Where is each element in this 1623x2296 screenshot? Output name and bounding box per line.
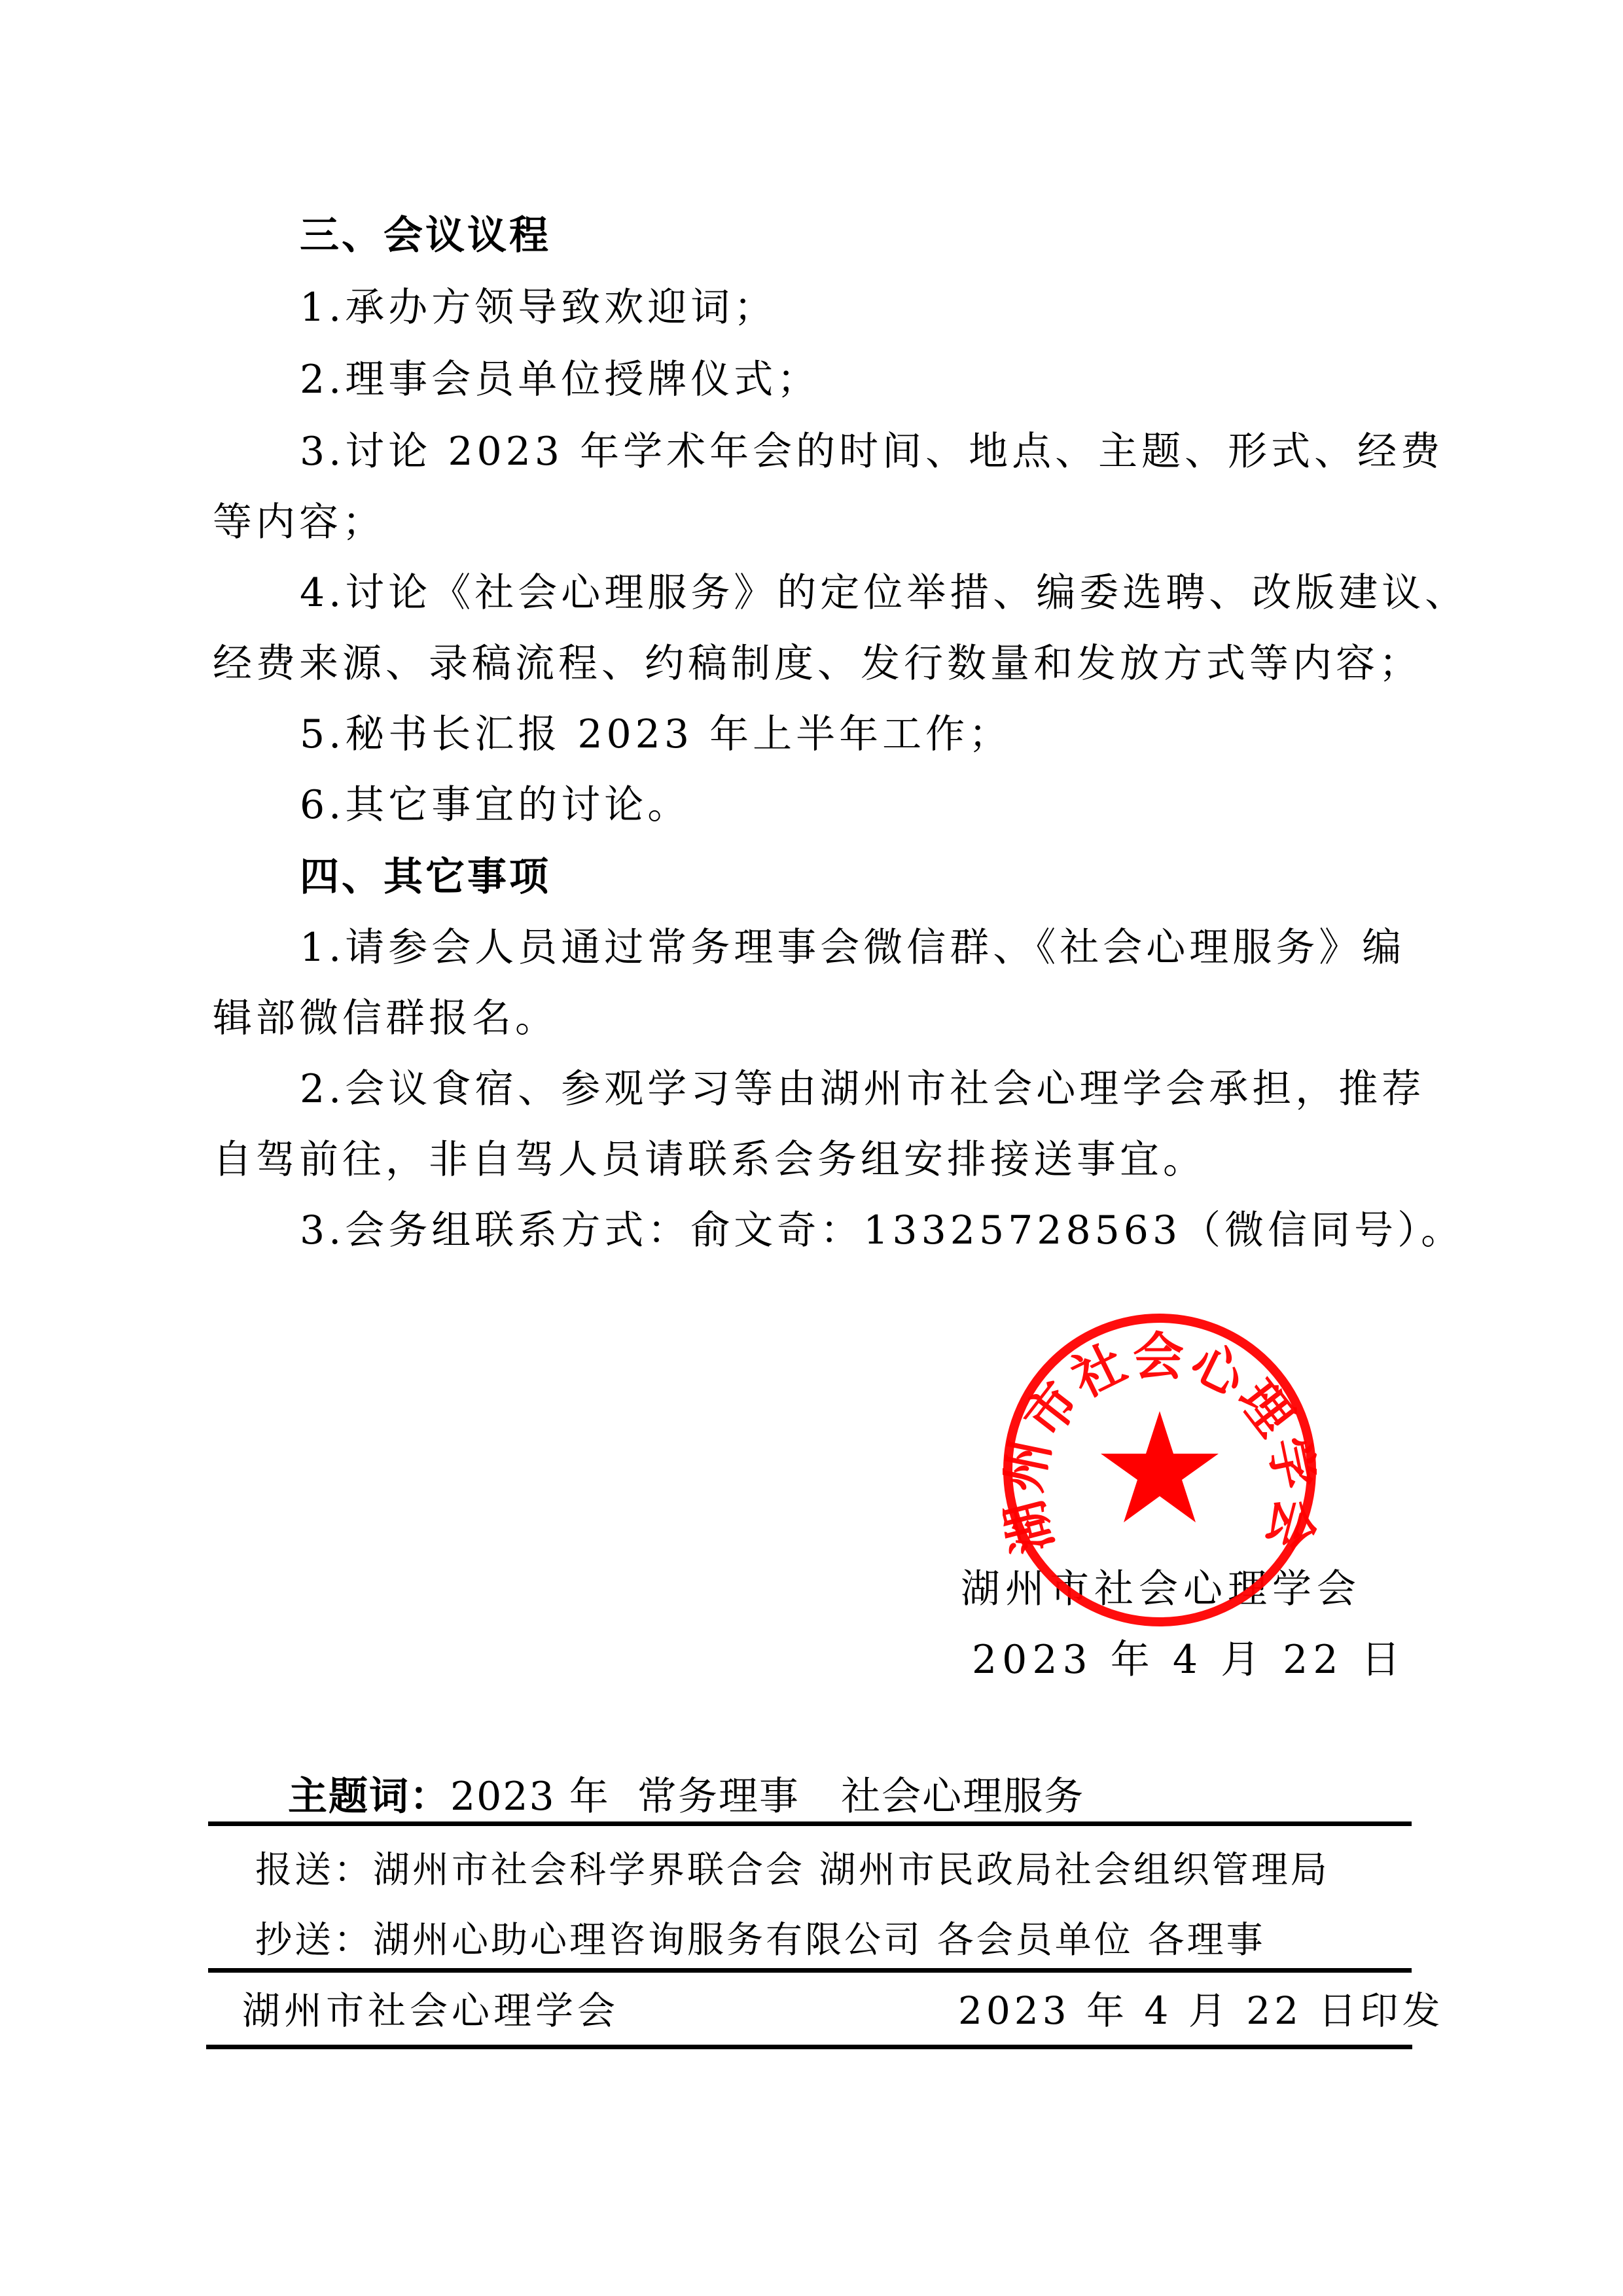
agenda-item: 1.承办方领导致欢迎词；	[300, 288, 777, 327]
agenda-item-continuation: 经费来源、录稿流程、约稿制度、发行数量和发放方式等内容；	[213, 644, 1422, 683]
section-heading-other-matters: 四、其它事项	[300, 857, 551, 897]
footer-rule-middle	[208, 1968, 1412, 1973]
star-icon	[1101, 1411, 1219, 1522]
other-item-continuation: 自驾前往，非自驾人员请联系会务组安排接送事宜。	[213, 1140, 1206, 1179]
agenda-item: 2.理事会员单位授牌仪式；	[300, 360, 820, 399]
other-item: 1.请参会人员通过常务理事会微信群、《社会心理服务》编	[300, 928, 1405, 967]
official-seal: 湖州市社会心理学会	[1003, 1313, 1317, 1627]
issuer: 湖州市社会心理学会	[242, 1991, 619, 2030]
section-heading-agenda: 三、会议议程	[300, 216, 551, 255]
other-item-continuation: 辑部微信群报名。	[213, 999, 558, 1038]
agenda-item: 6.其它事宜的讨论。	[300, 785, 690, 825]
agenda-item: 4.讨论《社会心理服务》的定位举措、编委选聘、改版建议、	[300, 573, 1468, 613]
footer-rule-bottom	[206, 2045, 1412, 2049]
other-item: 2.会议食宿、参观学习等由湖州市社会心理学会承担，推荐	[300, 1069, 1425, 1109]
agenda-item: 3.讨论 2023 年学术年会的时间、地点、主题、形式、经费	[300, 432, 1444, 471]
keywords-label: 主题词：	[288, 1774, 450, 1820]
seal-icon: 湖州市社会心理学会	[1003, 1313, 1317, 1627]
report-to-line: 报送：湖州市社会科学界联合会 湖州市民政局社会组织管理局	[255, 1851, 1330, 1890]
keywords-line: 主题词：2023 年 常务理事 社会心理服务	[288, 1777, 1084, 1816]
footer-rule-top	[208, 1821, 1412, 1826]
cc-to-line: 抄送：湖州心助心理咨询服务有限公司 各会员单位 各理事	[255, 1921, 1266, 1960]
agenda-item: 5.秘书长汇报 2023 年上半年工作；	[300, 715, 1012, 754]
issue-date: 2023 年 4 月 22 日印发	[958, 1991, 1444, 2030]
keywords-value: 2023 年 常务理事 社会心理服务	[450, 1774, 1084, 1820]
other-item-contact: 3.会务组联系方式：俞文奇：13325728563（微信同号）。	[300, 1211, 1464, 1250]
agenda-item-continuation: 等内容；	[213, 503, 385, 542]
signature-date: 2023 年 4 月 22 日	[972, 1640, 1406, 1679]
